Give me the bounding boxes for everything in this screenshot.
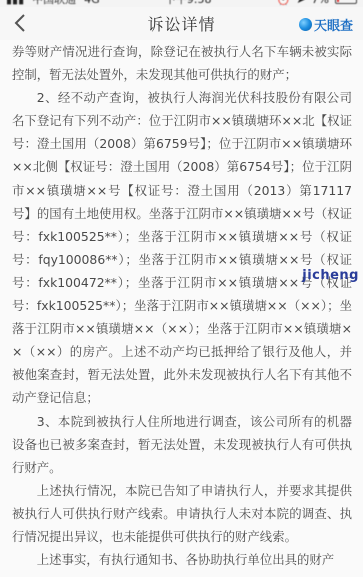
chevron-left-icon <box>14 13 26 33</box>
document-paragraph: 2、经不动产查询，被执行人海润光伏科技股份有限公司名下登记有下列不动产：位于江阴… <box>12 86 352 409</box>
nav-header: 诉讼详情 天眼查 <box>0 7 363 41</box>
status-bar-right: ⏰ ➤ 7% <box>277 0 357 6</box>
network-label: 4G <box>84 0 100 6</box>
signal-icon: ▮▮▮ <box>6 0 24 6</box>
alarm-icon: ⏰ <box>277 0 291 6</box>
document-body: 券等财产情况进行查询，除登记在被执行人名下车辆未被实际控制，暂无法处置外，未发现… <box>12 40 352 571</box>
document-paragraph: 上述执行情况，本院已告知了申请执行人，并要求其提供被执行人可供执行财产线索。申请… <box>12 479 352 548</box>
status-bar: ▮▮▮ 中国联通 4G 下午9:58 ⏰ ➤ 7% <box>0 0 363 7</box>
document-paragraph: 券等财产情况进行查询，除登记在被执行人名下车辆未被实际控制，暂无法处置外，未发现… <box>12 40 352 86</box>
tianyancha-logo-icon <box>299 18 312 31</box>
document-paragraph: 上述事实，有执行通知书、各协助执行单位出具的财产 <box>12 548 352 571</box>
battery-percent: 7% <box>312 0 329 6</box>
watermark: jicheng <box>302 268 359 283</box>
status-bar-left: ▮▮▮ 中国联通 4G <box>6 0 100 7</box>
back-button[interactable] <box>8 11 32 35</box>
brand-name: 天眼查 <box>314 15 353 34</box>
location-icon: ➤ <box>296 0 305 6</box>
clock: 下午9:58 <box>165 0 212 7</box>
document-paragraph: 3、本院到被执行人住所地进行调查，该公司所有的机器设备也已被多案查封，暂无法处置… <box>12 410 352 479</box>
document-scroll-area[interactable]: 券等财产情况进行查询，除登记在被执行人名下车辆未被实际控制，暂无法处置外，未发现… <box>0 40 363 577</box>
brand-logo: 天眼查 <box>299 15 353 34</box>
carrier-label: 中国联通 <box>32 0 76 7</box>
battery-icon <box>335 0 357 4</box>
page-title: 诉讼详情 <box>147 12 215 35</box>
